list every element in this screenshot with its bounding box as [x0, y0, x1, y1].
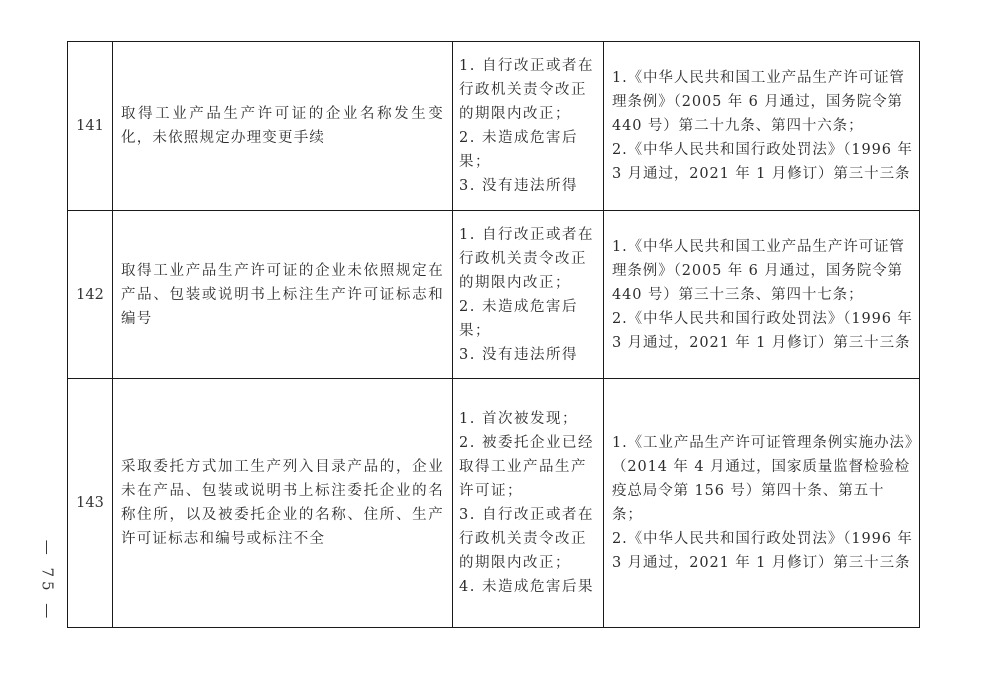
legal-basis: 1.《中华人民共和国工业产品生产许可证管理条例》（2005 年 6 月通过，国务… [604, 42, 920, 211]
legal-basis-item: 1.《工业产品生产许可证管理条例实施办法》（2014 年 4 月通过，国家质量监… [612, 431, 913, 527]
condition-item: 2. 未造成危害后果； [459, 126, 598, 174]
row-number: 141 [68, 42, 113, 211]
legal-basis: 1.《中华人民共和国工业产品生产许可证管理条例》（2005 年 6 月通过，国务… [604, 211, 920, 379]
legal-basis: 1.《工业产品生产许可证管理条例实施办法》（2014 年 4 月通过，国家质量监… [604, 379, 920, 628]
condition-item: 2. 未造成危害后果； [459, 295, 598, 343]
condition-item: 3. 没有违法所得 [459, 174, 598, 198]
table-row: 141 取得工业产品生产许可证的企业名称发生变化，未依照规定办理变更手续 1. … [68, 42, 920, 211]
violation-description: 取得工业产品生产许可证的企业名称发生变化，未依照规定办理变更手续 [113, 42, 453, 211]
condition-item: 4. 未造成危害后果 [459, 575, 598, 599]
legal-basis-item: 2.《中华人民共和国行政处罚法》（1996 年 3 月通过，2021 年 1 月… [612, 138, 913, 186]
exemption-conditions: 1. 自行改正或者在行政机关责令改正的期限内改正； 2. 未造成危害后果； 3.… [453, 42, 604, 211]
page-number-label: — 75 — [38, 540, 56, 623]
page-number: — 75 — [22, 536, 72, 626]
condition-item: 1. 首次被发现； [459, 407, 598, 431]
condition-item: 3. 没有违法所得 [459, 343, 598, 367]
legal-basis-item: 2.《中华人民共和国行政处罚法》（1996 年 3 月通过，2021 年 1 月… [612, 307, 913, 355]
condition-item: 3. 自行改正或者在行政机关责令改正的期限内改正； [459, 503, 598, 575]
table-row: 143 采取委托方式加工生产列入目录产品的，企业未在产品、包装或说明书上标注委托… [68, 379, 920, 628]
legal-basis-item: 2.《中华人民共和国行政处罚法》（1996 年 3 月通过，2021 年 1 月… [612, 527, 913, 575]
legal-basis-item: 1.《中华人民共和国工业产品生产许可证管理条例》（2005 年 6 月通过，国务… [612, 66, 913, 138]
regulation-table: 141 取得工业产品生产许可证的企业名称发生变化，未依照规定办理变更手续 1. … [67, 41, 920, 628]
exemption-conditions: 1. 首次被发现； 2. 被委托企业已经取得工业产品生产许可证； 3. 自行改正… [453, 379, 604, 628]
legal-basis-item: 1.《中华人民共和国工业产品生产许可证管理条例》（2005 年 6 月通过，国务… [612, 235, 913, 307]
condition-item: 1. 自行改正或者在行政机关责令改正的期限内改正； [459, 54, 598, 126]
table-row: 142 取得工业产品生产许可证的企业未依照规定在产品、包装或说明书上标注生产许可… [68, 211, 920, 379]
condition-item: 2. 被委托企业已经取得工业产品生产许可证； [459, 431, 598, 503]
violation-description: 采取委托方式加工生产列入目录产品的，企业未在产品、包装或说明书上标注委托企业的名… [113, 379, 453, 628]
row-number: 142 [68, 211, 113, 379]
violation-description: 取得工业产品生产许可证的企业未依照规定在产品、包装或说明书上标注生产许可证标志和… [113, 211, 453, 379]
condition-item: 1. 自行改正或者在行政机关责令改正的期限内改正； [459, 223, 598, 295]
exemption-conditions: 1. 自行改正或者在行政机关责令改正的期限内改正； 2. 未造成危害后果； 3.… [453, 211, 604, 379]
row-number: 143 [68, 379, 113, 628]
